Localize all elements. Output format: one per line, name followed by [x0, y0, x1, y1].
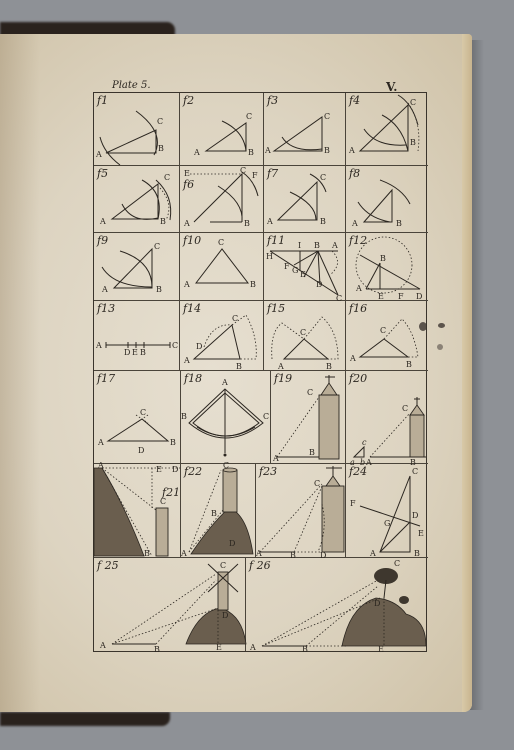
figure-f26: f 26 A B C D E — [246, 558, 428, 651]
svg-text:D: D — [172, 465, 178, 474]
svg-text:A: A — [193, 148, 200, 157]
svg-text:A: A — [349, 354, 356, 363]
svg-text:B: B — [320, 217, 326, 226]
triangle-diagram: A B C — [180, 233, 263, 300]
line-segment-diagram: A D E B C — [94, 301, 179, 370]
svg-text:A: A — [266, 217, 273, 226]
svg-text:E: E — [300, 270, 306, 279]
tree-on-hill-diagram: A B C D E — [246, 558, 428, 651]
figure-f5: f5 A B C — [94, 166, 180, 233]
svg-text:C: C — [402, 404, 408, 413]
svg-text:A: A — [180, 549, 187, 558]
svg-text:B: B — [396, 219, 402, 228]
line-construction-diagram: H I B A F G E D C — [264, 233, 345, 300]
triangle-diagram: A B C — [264, 166, 345, 232]
svg-text:C: C — [164, 173, 170, 182]
svg-text:C: C — [394, 559, 400, 568]
figure-f11: f11 H I B A F G E D C — [264, 233, 346, 301]
svg-text:B: B — [324, 146, 330, 155]
svg-text:D: D — [412, 511, 418, 520]
figure-f22: f22 A B C D — [181, 464, 256, 558]
figure-f23: f23 A B C D — [256, 464, 346, 558]
svg-text:B: B — [406, 360, 412, 369]
figure-f10: f10 A B C — [180, 233, 264, 301]
figure-f3: f3 A B C — [264, 93, 346, 166]
figure-f6: f6 E C F A B — [180, 166, 264, 233]
svg-text:A: A — [183, 280, 190, 289]
svg-text:A: A — [95, 150, 102, 159]
figure-f18: f18 A B C — [181, 371, 271, 464]
svg-text:B: B — [156, 285, 162, 294]
svg-text:c: c — [362, 438, 367, 447]
figure-f7: f7 A B C — [264, 166, 346, 233]
svg-text:B: B — [309, 448, 315, 457]
figure-f14: f14 A B C D — [180, 301, 264, 371]
windmill-on-hill-diagram: A B C D E — [94, 558, 245, 651]
svg-text:A: A — [255, 549, 262, 558]
svg-text:C: C — [380, 326, 386, 335]
svg-text:C: C — [246, 112, 252, 121]
svg-text:A: A — [99, 641, 106, 650]
triangle-diagram: A B C — [94, 93, 179, 165]
svg-text:B: B — [326, 362, 332, 371]
figure-f12: f12 A B E F D — [346, 233, 428, 301]
svg-text:C: C — [140, 408, 146, 417]
figure-f4: f4 A B C — [346, 93, 428, 166]
figure-f20: f20 A B C a b c — [346, 371, 428, 464]
svg-text:A: A — [183, 219, 190, 228]
figure-f2: f2 A B C — [180, 93, 264, 166]
svg-text:D: D — [196, 342, 202, 351]
svg-text:B: B — [248, 148, 254, 157]
svg-text:D: D — [416, 292, 422, 301]
triangle-diagram: A B C D — [180, 301, 263, 370]
svg-text:F: F — [252, 171, 258, 180]
triangle-diagram: A B C — [346, 93, 428, 165]
svg-text:F: F — [350, 499, 356, 508]
svg-text:H: H — [266, 252, 273, 261]
svg-text:A: A — [249, 643, 256, 652]
triangle-diagram: A B C — [346, 301, 428, 370]
svg-text:B: B — [154, 645, 160, 654]
triangle-diagram: A B C — [264, 301, 345, 370]
triangle-diagram: A B C — [94, 233, 179, 300]
svg-text:B: B — [160, 217, 166, 226]
figure-f9: f9 A B C — [94, 233, 180, 301]
svg-text:B: B — [250, 280, 256, 289]
svg-text:C: C — [412, 467, 418, 476]
svg-text:F: F — [284, 262, 290, 271]
triangle-construction-diagram: A B C D E F G — [346, 464, 428, 557]
book-spine-bottom — [0, 712, 170, 726]
figure-f17: f17 A B C D — [94, 371, 181, 464]
triangle-diagram: A B C — [264, 93, 345, 165]
svg-text:C: C — [263, 412, 269, 421]
svg-text:G: G — [384, 519, 390, 528]
svg-text:D: D — [222, 611, 228, 620]
page-gutter — [0, 34, 40, 712]
svg-text:D: D — [124, 348, 130, 357]
svg-text:E: E — [418, 529, 424, 538]
triangle-diagram: A B — [346, 166, 428, 232]
svg-text:B: B — [170, 438, 176, 447]
svg-text:C: C — [154, 242, 160, 251]
svg-text:I: I — [298, 241, 301, 250]
svg-text:C: C — [160, 497, 166, 506]
svg-text:E: E — [378, 292, 384, 301]
svg-text:F: F — [398, 292, 404, 301]
svg-text:B: B — [158, 144, 164, 153]
tower-height-diagram: A B C — [271, 371, 345, 463]
page-edge — [462, 34, 472, 712]
svg-text:C: C — [172, 341, 178, 350]
svg-text:B: B — [314, 241, 320, 250]
svg-text:E: E — [132, 348, 138, 357]
tower-height-diagram: A B C a b c — [346, 371, 428, 463]
triangle-diagram: A B C D — [94, 371, 180, 463]
svg-text:G: G — [292, 266, 298, 275]
figure-f15: f15 A B C — [264, 301, 346, 371]
svg-text:C: C — [218, 238, 224, 247]
svg-text:C: C — [324, 112, 330, 121]
svg-text:A: A — [183, 356, 190, 365]
svg-text:E: E — [216, 643, 222, 652]
svg-text:C: C — [314, 479, 320, 488]
svg-text:A: A — [264, 146, 271, 155]
svg-text:B: B — [181, 412, 187, 421]
svg-text:B: B — [144, 549, 150, 558]
svg-text:B: B — [140, 348, 146, 357]
plate-frame: f1 A B C f2 A B C f3 A B C f4 — [93, 92, 427, 652]
svg-text:D: D — [374, 599, 380, 608]
svg-text:C: C — [320, 173, 326, 182]
figure-f8: f8 A B — [346, 166, 428, 233]
svg-text:B: B — [302, 645, 308, 654]
figure-f19: f19 A B C — [271, 371, 346, 464]
svg-text:B: B — [380, 254, 386, 263]
figure-f1: f1 A B C — [94, 93, 180, 166]
triangle-diagram: A B C — [94, 166, 179, 232]
svg-text:A: A — [95, 341, 102, 350]
tower-on-hill-diagram: A B C D — [181, 464, 255, 557]
svg-text:A: A — [272, 454, 279, 463]
figure-f16: f16 A B C — [346, 301, 428, 371]
svg-text:E: E — [156, 465, 162, 474]
tower-height-diagram: A B C D — [256, 464, 345, 557]
figure-f21: f21 A E D C B — [94, 464, 181, 558]
svg-text:D: D — [316, 280, 322, 289]
svg-text:C: C — [223, 461, 229, 470]
svg-text:B: B — [211, 509, 217, 518]
svg-text:A: A — [331, 241, 338, 250]
svg-text:A: A — [221, 378, 228, 387]
svg-text:C: C — [240, 166, 246, 175]
svg-text:A: A — [348, 146, 355, 155]
svg-text:E: E — [378, 645, 384, 654]
triangle-diagram: E C F A B — [180, 166, 263, 232]
svg-text:A: A — [355, 284, 362, 293]
svg-text:C: C — [157, 117, 163, 126]
svg-text:B: B — [410, 138, 416, 147]
svg-text:B: B — [244, 219, 250, 228]
svg-text:A: A — [101, 285, 108, 294]
svg-text:A: A — [369, 549, 376, 558]
svg-text:A: A — [97, 461, 104, 470]
svg-text:D: D — [229, 539, 235, 548]
svg-text:A: A — [277, 362, 284, 371]
svg-text:B: B — [414, 549, 420, 558]
plate-label: Plate 5. — [112, 80, 151, 91]
svg-text:C: C — [232, 314, 238, 323]
triangle-diagram: A B C — [180, 93, 263, 165]
quadrant-instrument-diagram: A B C — [181, 371, 270, 463]
circle-construction-diagram: A B E F D — [346, 233, 428, 300]
svg-text:D: D — [138, 446, 144, 455]
figure-f13: f13 A D E B C — [94, 301, 180, 371]
svg-text:B: B — [236, 362, 242, 371]
svg-text:A: A — [99, 217, 106, 226]
svg-text:A: A — [351, 219, 358, 228]
svg-text:C: C — [220, 561, 226, 570]
cliff-height-diagram: A E D C B — [94, 464, 180, 557]
svg-text:C: C — [307, 388, 313, 397]
svg-text:A: A — [97, 438, 104, 447]
svg-text:E: E — [184, 169, 190, 178]
page-shadow — [470, 40, 484, 710]
figure-f25: f 25 A B C D E — [94, 558, 246, 651]
figure-f24: f24 A B C D E F G — [346, 464, 428, 558]
svg-text:C: C — [410, 98, 416, 107]
svg-text:C: C — [300, 328, 306, 337]
